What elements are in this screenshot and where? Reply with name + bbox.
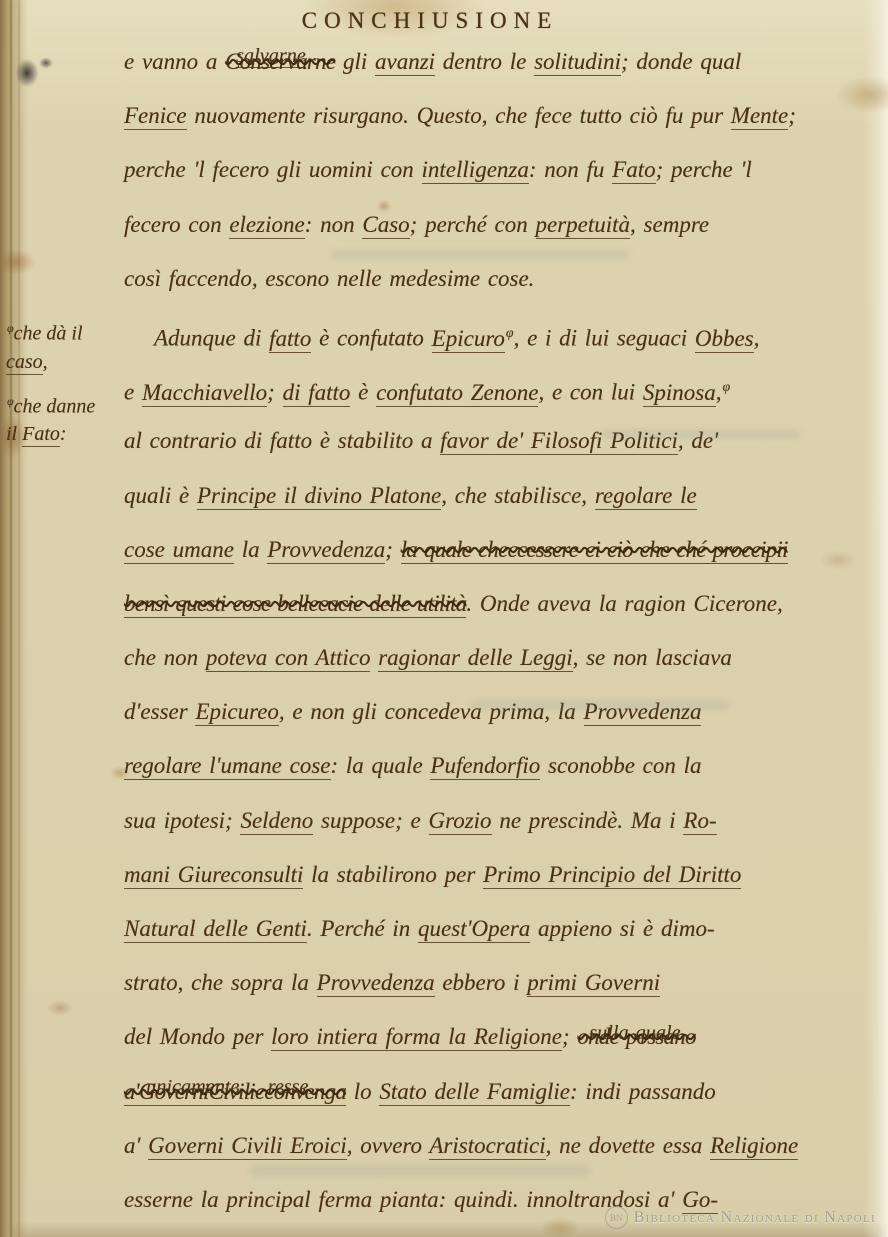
underlined-text: loro intiera forma la Religione bbox=[271, 1024, 562, 1051]
manuscript-line: bensì questi cose bellecacie delle utili… bbox=[124, 577, 866, 631]
page-title: CONCHIUSIONE bbox=[0, 8, 860, 34]
text-segment: Adunque di bbox=[154, 326, 269, 351]
underlined-text: elezione bbox=[229, 212, 304, 239]
margin-note: φche dà ilcaso, bbox=[6, 314, 124, 376]
manuscript-line: cose umane la Provvedenza; la quale chec… bbox=[124, 523, 866, 577]
underlined-text: Aristocratici bbox=[429, 1133, 545, 1160]
underlined-text: Ro- bbox=[683, 808, 716, 835]
text-segment: , ovvero bbox=[347, 1133, 430, 1158]
underlined-text: Governi Civili Eroici bbox=[148, 1133, 347, 1160]
underlined-text: avanzi bbox=[375, 49, 435, 76]
manuscript-line: che non poteva con Attico ragionar delle… bbox=[124, 631, 866, 685]
text-segment: è confutato bbox=[311, 326, 431, 351]
text-segment: ; bbox=[562, 1024, 577, 1049]
manuscript-line: regolare l'umane cose: la quale Pufendor… bbox=[124, 739, 866, 793]
text-segment: ebbero i bbox=[435, 970, 528, 995]
text-segment: quali è bbox=[124, 483, 197, 508]
text-segment: al contrario di fatto è stabilito a bbox=[124, 428, 440, 453]
text-segment: ; bbox=[385, 537, 400, 562]
underlined-text: Grozio bbox=[429, 808, 492, 835]
underlined-text: poteva con Attico bbox=[206, 645, 371, 672]
text-segment: : la quale bbox=[331, 753, 431, 778]
underlined-text: Epicuro bbox=[432, 326, 505, 353]
text-segment: , e con lui bbox=[538, 380, 642, 405]
manuscript-line: d'esser Epicureo, e non gli concedeva pr… bbox=[124, 685, 866, 739]
underlined-text: Seldeno bbox=[240, 808, 313, 835]
underlined-text: ragionar delle Leggi bbox=[378, 645, 572, 672]
reference-mark: φ bbox=[7, 394, 14, 408]
underlined-text: di fatto bbox=[283, 380, 351, 407]
underlined-text: Mente bbox=[731, 103, 788, 130]
underlined-text: perpetuità bbox=[536, 212, 631, 239]
underlined-text: intelligenza bbox=[422, 157, 529, 184]
text-segment: , se non lasciava bbox=[573, 645, 732, 670]
text-segment: ; donde qual bbox=[621, 49, 741, 74]
manuscript-line: quali è Principe il divino Platone, che … bbox=[124, 469, 866, 523]
text-segment: la bbox=[234, 537, 267, 562]
underlined-text: Fenice bbox=[124, 103, 187, 130]
margin-note-row: φche dà il bbox=[6, 314, 124, 348]
manuscript-line: Fenice nuovamente risurgano. Questo, che… bbox=[124, 89, 866, 143]
underlined-text: Principe il divino Platone bbox=[197, 483, 441, 510]
text-segment: , bbox=[754, 326, 760, 351]
margin-note-row: φche danne bbox=[6, 387, 124, 421]
library-watermark-label: Biblioteca Nazionale di Napoli bbox=[634, 1209, 876, 1227]
text-segment: : bbox=[60, 423, 67, 445]
text-segment: , sempre bbox=[630, 212, 709, 237]
binding-seam bbox=[18, 0, 20, 1237]
underlined-text: Spinosa bbox=[643, 380, 716, 407]
underlined-text: Religione bbox=[710, 1133, 798, 1160]
underlined-text: primi Governi bbox=[527, 970, 660, 997]
text-segment: che danne bbox=[14, 395, 96, 417]
text-segment: d'esser bbox=[124, 699, 195, 724]
underlined-text: Primo Principio del Diritto bbox=[483, 862, 741, 889]
text-segment: del Mondo per bbox=[124, 1024, 271, 1049]
text-segment: : indi passando bbox=[570, 1079, 716, 1104]
text-segment: la stabilirono per bbox=[303, 862, 483, 887]
manuscript-line: e Macchiavello; di fatto è confutato Zen… bbox=[124, 360, 866, 414]
inserted-correction: sulla quale bbox=[589, 1023, 680, 1043]
text-segment: ; bbox=[267, 380, 282, 405]
text-segment: nuovamente risurgano. Questo, che fece t… bbox=[187, 103, 731, 128]
underlined-text: Natural delle Genti bbox=[124, 916, 307, 943]
text-segment: ; bbox=[788, 103, 796, 128]
text-segment: : non fu bbox=[529, 157, 612, 182]
underlined-text: caso bbox=[6, 351, 43, 375]
text-segment: sconobbe con la bbox=[540, 753, 701, 778]
struck-text: la quale checcessere ci ciò che ché proc… bbox=[401, 537, 788, 564]
reference-mark: φ bbox=[506, 325, 514, 340]
underlined-text: Obbes bbox=[695, 326, 754, 353]
text-segment: , e non gli concedeva prima, la bbox=[279, 699, 584, 724]
underlined-text: regolare le bbox=[595, 483, 697, 510]
text-segment: lo bbox=[346, 1079, 379, 1104]
manuscript-line: fecero con elezione: non Caso; perché co… bbox=[124, 198, 866, 252]
text-segment: sua ipotesi; bbox=[124, 808, 240, 833]
inserted-correction: salvarne bbox=[236, 46, 306, 68]
underlined-text: Provvedenza bbox=[267, 537, 385, 564]
inserted-correction: unicamente resse bbox=[146, 1077, 308, 1097]
text-segment: gli bbox=[335, 49, 375, 74]
text-segment: fecero con bbox=[124, 212, 229, 237]
text-segment: , e i di lui seguaci bbox=[514, 326, 695, 351]
underlined-text: Caso bbox=[362, 212, 409, 239]
text-segment: e vanno a bbox=[124, 49, 225, 74]
manuscript-line: e vanno a salvarneConservarne gli avanzi… bbox=[124, 35, 866, 89]
underlined-text: Provvedenza bbox=[317, 970, 435, 997]
text-segment: , che stabilisce, bbox=[441, 483, 595, 508]
correction-stack: salvarneConservarne bbox=[225, 35, 335, 89]
margin-note: φche danneil Fato: bbox=[6, 387, 124, 449]
underlined-text: favor de' Filosofi Politici bbox=[440, 428, 678, 455]
correction-stack: sulla qualeonde possano bbox=[577, 1010, 695, 1064]
text-segment: , bbox=[43, 351, 48, 373]
library-monogram: BN bbox=[610, 1213, 623, 1223]
reference-mark: φ bbox=[7, 321, 14, 335]
text-segment: che non bbox=[124, 645, 206, 670]
manuscript-line: unicamente ressea'GoverniCivilicconvenga… bbox=[124, 1065, 866, 1119]
underlined-text: confutato Zenone bbox=[376, 380, 538, 407]
margin-notes: φche dà ilcaso,φche danneil Fato: bbox=[6, 314, 124, 459]
text-segment: . Perché in bbox=[307, 916, 418, 941]
library-logo-icon: BN bbox=[605, 1206, 628, 1229]
manuscript-line: al contrario di fatto è stabilito a favo… bbox=[124, 414, 866, 468]
text-segment: , ne dovette essa bbox=[546, 1133, 710, 1158]
underlined-text: Provvedenza bbox=[584, 699, 702, 726]
text-segment: . Onde aveva la ragion Cicerone, bbox=[466, 591, 782, 616]
text-segment: così faccendo, escono nelle medesime cos… bbox=[124, 266, 534, 291]
manuscript-line: così faccendo, escono nelle medesime cos… bbox=[124, 252, 866, 306]
text-segment: : non bbox=[305, 212, 363, 237]
text-segment: il bbox=[6, 423, 22, 445]
text-segment: , de' bbox=[678, 428, 718, 453]
correction-stack: unicamente ressea'GoverniCivilicconvenga bbox=[124, 1065, 346, 1119]
text-segment: ; perché con bbox=[410, 212, 536, 237]
underlined-text: quest'Opera bbox=[418, 916, 530, 943]
underlined-text: Macchiavello bbox=[142, 380, 267, 407]
underlined-text: regolare l'umane cose bbox=[124, 753, 331, 780]
reference-mark: φ bbox=[722, 379, 730, 394]
text-segment: che dà il bbox=[14, 323, 83, 345]
underlined-text: cose umane bbox=[124, 537, 234, 564]
manuscript-line: del Mondo per loro intiera forma la Reli… bbox=[124, 1010, 866, 1064]
text-segment: dentro le bbox=[435, 49, 534, 74]
text-segment: perche 'l fecero gli uomini con bbox=[124, 157, 422, 182]
manuscript-line: Natural delle Genti. Perché in quest'Ope… bbox=[124, 902, 866, 956]
text-segment: suppose; e bbox=[313, 808, 428, 833]
manuscript-line: sua ipotesi; Seldeno suppose; e Grozio n… bbox=[124, 794, 866, 848]
binding-seam bbox=[10, 0, 12, 1237]
underlined-text: Pufendorfio bbox=[430, 753, 540, 780]
manuscript-page: CONCHIUSIONE φche dà ilcaso,φche danneil… bbox=[0, 0, 888, 1237]
library-watermark: BN Biblioteca Nazionale di Napoli bbox=[605, 1206, 876, 1229]
manuscript-line: strato, che sopra la Provvedenza ebbero … bbox=[124, 956, 866, 1010]
manuscript-line: perche 'l fecero gli uomini con intellig… bbox=[124, 143, 866, 197]
manuscript-text: e vanno a salvarneConservarne gli avanzi… bbox=[124, 35, 866, 1227]
underlined-text: mani Giureconsulti bbox=[124, 862, 303, 889]
manuscript-line: Adunque di fatto è confutato Epicuroφ, e… bbox=[124, 306, 866, 360]
underlined-text: Fato bbox=[612, 157, 655, 184]
text-segment: e bbox=[124, 380, 142, 405]
margin-note-row: il Fato: bbox=[6, 420, 124, 448]
manuscript-line: a' Governi Civili Eroici, ovvero Aristoc… bbox=[124, 1119, 866, 1173]
margin-note-row: caso, bbox=[6, 348, 124, 376]
text-segment: è bbox=[350, 380, 376, 405]
text-segment: a' bbox=[124, 1133, 148, 1158]
underlined-text: Fato bbox=[22, 423, 60, 447]
text-segment: esserne la principal ferma pianta: quind… bbox=[124, 1187, 682, 1212]
underlined-text: Stato delle Famiglie bbox=[379, 1079, 570, 1106]
text-segment: , bbox=[716, 380, 722, 405]
underlined-text: fatto bbox=[269, 326, 311, 353]
text-segment: ne prescindè. Ma i bbox=[492, 808, 684, 833]
text-segment: ; perche 'l bbox=[656, 157, 752, 182]
manuscript-line: mani Giureconsulti la stabilirono per Pr… bbox=[124, 848, 866, 902]
struck-text: bensì questi cose bellecacie delle utili… bbox=[124, 591, 466, 618]
underlined-text: Epicureo bbox=[195, 699, 278, 726]
underlined-text: solitudini bbox=[534, 49, 621, 76]
text-segment: appieno si è dimo- bbox=[530, 916, 714, 941]
text-segment: strato, che sopra la bbox=[124, 970, 317, 995]
